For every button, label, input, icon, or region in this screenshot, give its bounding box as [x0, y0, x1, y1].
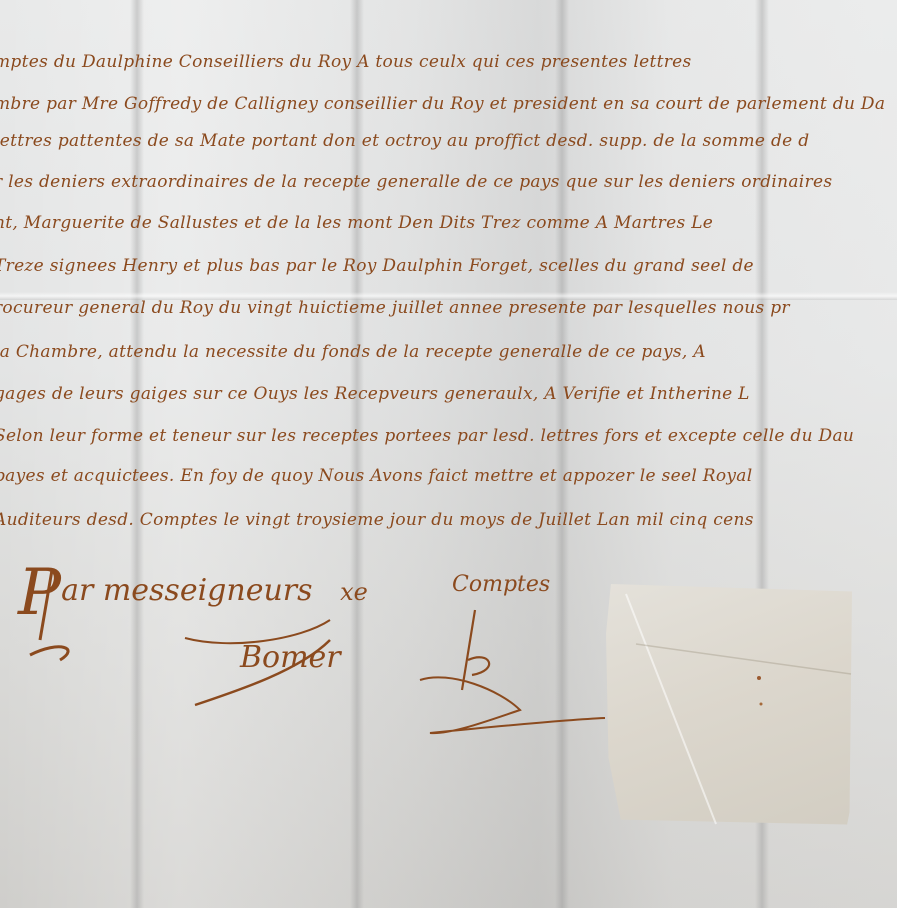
seal-patch-creases [606, 584, 852, 832]
